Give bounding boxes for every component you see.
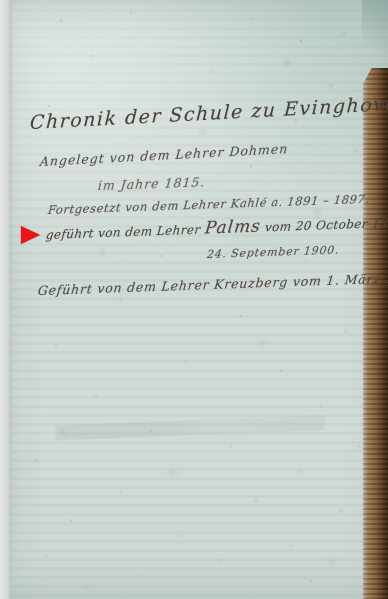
- ink-bleed-through: [55, 415, 325, 449]
- line-jahr: im Jahre 1815.: [97, 174, 206, 193]
- top-right-corner-shade: [362, 0, 388, 72]
- line-gefuehrt-palms-post: vom 20 October 1897 ab bis ~: [260, 213, 388, 234]
- line-angelegt: Angelegt von dem Lehrer Dohmen: [39, 141, 289, 169]
- title-line: Chronik der Schule zu Evinghoven.: [29, 92, 388, 135]
- chronicle-photo: Chronik der Schule zu Evinghoven. Angele…: [0, 0, 388, 599]
- line-gefuehrt-palms-pre: geführt von dem Lehrer: [45, 222, 205, 242]
- line-kreuzberg: Geführt von dem Lehrer Kreuzberg vom 1. …: [37, 269, 388, 298]
- teacher-name-palms: Palms: [204, 216, 262, 238]
- line-september-1900: 24. September 1900.: [206, 243, 340, 261]
- book-fore-edge: [363, 68, 388, 599]
- line-fortgesetzt: Fortgesetzt von dem Lehrer Kahlé a. 1891…: [47, 192, 370, 217]
- page-left-edge: [0, 0, 13, 599]
- foxing-blotches: [0, 0, 5, 5]
- red-arrow-marker-icon: [21, 226, 40, 244]
